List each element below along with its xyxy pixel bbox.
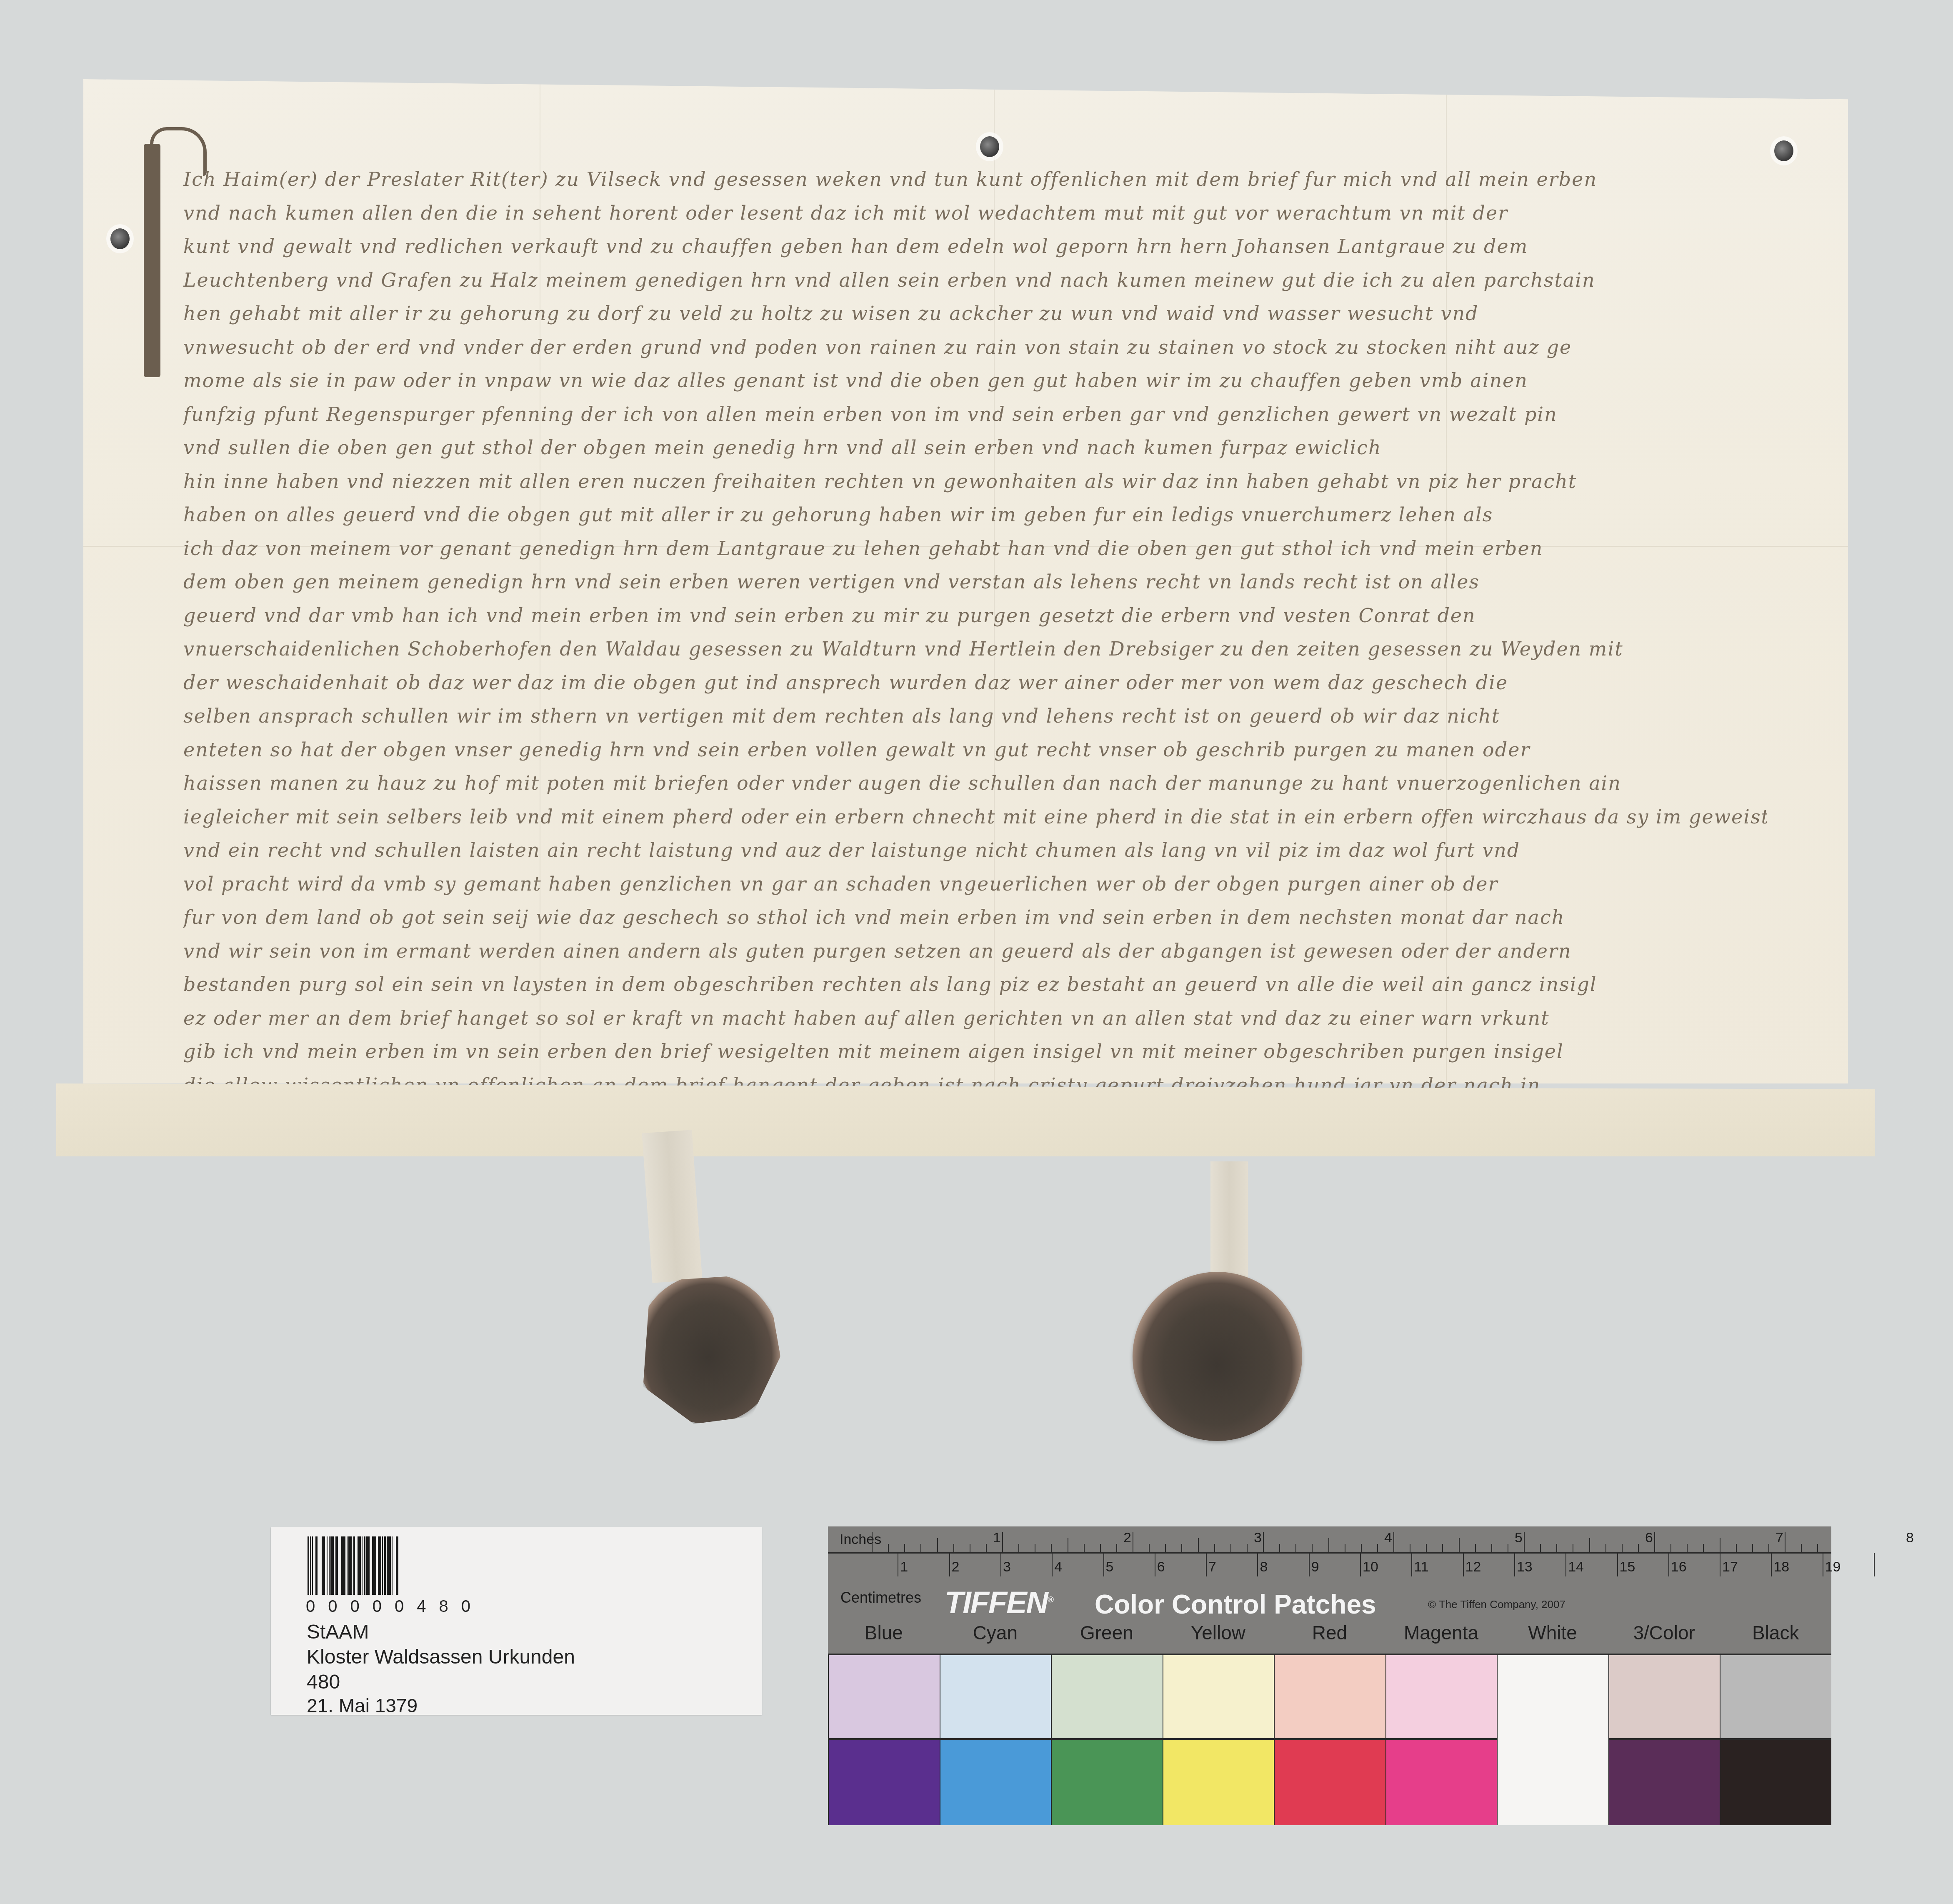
inch-tick: [1263, 1532, 1264, 1552]
cm-tick-label: 17: [1722, 1559, 1738, 1575]
inch-tick: [1181, 1544, 1182, 1552]
inch-tick: [1002, 1532, 1003, 1552]
charter-text: Ich Haim(er) der Preslater Rit(ter) zu V…: [183, 163, 1767, 1136]
patch-light-blue: [828, 1654, 940, 1738]
inch-tick: [1051, 1544, 1052, 1552]
seal-2: [1133, 1272, 1302, 1441]
inch-tick: [888, 1544, 889, 1552]
cm-tick: [1514, 1553, 1515, 1576]
barcode-bar: [387, 1536, 391, 1595]
inch-tick: [1116, 1544, 1117, 1552]
inch-tick: [1589, 1538, 1590, 1552]
patch-label: Magenta: [1385, 1621, 1497, 1644]
inch-tick: [1508, 1544, 1508, 1552]
cm-tick-label: 12: [1465, 1559, 1481, 1575]
inch-tick: [1768, 1544, 1769, 1552]
inch-tick: [1198, 1538, 1199, 1552]
inch-tick: [1393, 1532, 1394, 1552]
chart-copyright: © The Tiffen Company, 2007: [1428, 1598, 1565, 1611]
charter-text-line: dem oben gen meinem genedign hrn vnd sei…: [183, 565, 1767, 599]
inch-tick: [904, 1544, 905, 1552]
cm-tick: [1052, 1553, 1053, 1576]
charter-text-line: hin inne haben vnd niezzen mit allen ere…: [183, 465, 1767, 498]
inch-tick: [1540, 1544, 1541, 1552]
charter-text-line: vnuerschaidenlichen Schoberhofen den Wal…: [183, 632, 1767, 666]
patch-label: 3/Color: [1608, 1621, 1720, 1644]
label-date: 21. Mai 1379: [307, 1696, 418, 1715]
patch-dark-yellow: [1163, 1738, 1274, 1825]
cm-tick-label: 16: [1671, 1559, 1687, 1575]
cm-tick: [1874, 1553, 1875, 1576]
charter-text-line: vnwesucht ob der erd vnd vnder der erden…: [183, 330, 1767, 364]
inch-tick: [1622, 1544, 1623, 1552]
registered-mark: ®: [1048, 1595, 1053, 1604]
cm-tick: [1823, 1553, 1823, 1576]
inch-tick: [1361, 1544, 1362, 1552]
charter-text-line: haben on alles geuerd vnd die obgen gut …: [183, 498, 1767, 532]
label-institution: StAAM: [307, 1622, 369, 1642]
inch-tick: [1279, 1544, 1280, 1552]
cm-tick-label: 19: [1825, 1559, 1841, 1575]
charter-text-line: vnd sullen die oben gen gut sthol der ob…: [183, 431, 1767, 465]
barcode-bar: [366, 1536, 370, 1595]
inch-tick: [1524, 1532, 1525, 1552]
charter-text-line: vol pracht wird da vmb sy gemant haben g…: [183, 867, 1767, 901]
cm-tick: [1771, 1553, 1772, 1576]
seal-strap: [642, 1130, 703, 1283]
charter-text-line: gib ich vnd mein erben im vn sein erben …: [183, 1035, 1767, 1068]
patch-dark-black: [1720, 1738, 1831, 1825]
chart-title: Color Control Patches: [1095, 1589, 1376, 1620]
charter-text-line: Ich Haim(er) der Preslater Rit(ter) zu V…: [183, 163, 1767, 196]
patch-light-green: [1051, 1654, 1163, 1738]
barcode-bar: [358, 1536, 361, 1595]
brand-name: TIFFEN: [945, 1585, 1048, 1620]
charter-text-line: Leuchtenberg vnd Grafen zu Halz meinem g…: [183, 263, 1767, 297]
cm-tick-label: 13: [1517, 1559, 1533, 1575]
barcode-bar: [338, 1536, 341, 1595]
charter-text-line: hen gehabt mit aller ir zu gehorung zu d…: [183, 297, 1767, 330]
cm-tick-label: 11: [1414, 1559, 1428, 1575]
charter-text-line: iegleicher mit sein selbers leib vnd mit…: [183, 800, 1767, 834]
patch-dark-red: [1274, 1738, 1385, 1825]
inch-tick: [1556, 1544, 1557, 1552]
inch-tick: [1654, 1532, 1655, 1552]
inch-tick-label: 8: [1906, 1530, 1914, 1546]
patch-labels: BlueCyanGreenYellowRedMagentaWhite3/Colo…: [828, 1621, 1831, 1651]
inch-tick: [1491, 1544, 1492, 1552]
color-control-chart: Inches 123456781234567891011121314151617…: [828, 1526, 1831, 1825]
ruler: Inches 123456781234567891011121314151617…: [828, 1526, 1831, 1576]
inch-tick: [1214, 1544, 1215, 1552]
barcode: [308, 1536, 503, 1595]
inch-tick: [1605, 1544, 1606, 1552]
inches-label: Inches: [840, 1531, 881, 1548]
cm-tick: [1206, 1553, 1207, 1576]
patch-label: White: [1497, 1621, 1608, 1644]
seal-1: [636, 1274, 780, 1424]
cm-tick: [1000, 1553, 1001, 1576]
patch-dark-green: [1051, 1738, 1163, 1825]
inch-tick: [1801, 1544, 1802, 1552]
patch-dark-magenta: [1385, 1738, 1497, 1825]
inch-tick: [1573, 1544, 1573, 1552]
inch-tick: [986, 1544, 987, 1552]
mounting-pin-icon: [110, 228, 130, 249]
cm-tick: [1617, 1553, 1618, 1576]
cm-tick: [1257, 1553, 1258, 1576]
patch-label: Black: [1720, 1621, 1831, 1644]
cm-tick: [1565, 1553, 1566, 1576]
barcode-bar: [378, 1536, 381, 1595]
inch-tick-label: 2: [1123, 1530, 1131, 1546]
charter-text-line: bestanden purg sol ein sein vn laysten i…: [183, 968, 1767, 1001]
tiffen-logo: TIFFEN®: [945, 1585, 1053, 1620]
cm-tick: [1668, 1553, 1669, 1576]
inch-tick: [1785, 1532, 1785, 1552]
cm-tick: [1309, 1553, 1310, 1576]
archive-label: 00000480 StAAM Kloster Waldsassen Urkund…: [271, 1527, 762, 1715]
cm-tick: [898, 1553, 898, 1576]
inch-tick-label: 3: [1254, 1530, 1262, 1546]
charter-text-line: vnd nach kumen allen den die in sehent h…: [183, 196, 1767, 230]
inch-tick: [1068, 1538, 1068, 1552]
barcode-bar: [372, 1536, 376, 1595]
patch-light-cyan: [940, 1654, 1051, 1738]
patch-label: Cyan: [940, 1621, 1051, 1644]
inch-tick: [872, 1532, 873, 1552]
cm-tick-label: 10: [1363, 1559, 1378, 1575]
patch-light-3-color: [1608, 1654, 1720, 1738]
patch-light-red: [1274, 1654, 1385, 1738]
inch-tick: [1670, 1544, 1671, 1552]
inch-tick: [1817, 1544, 1818, 1552]
cm-tick: [1720, 1553, 1720, 1576]
inch-tick: [1475, 1544, 1476, 1552]
inch-tick: [1230, 1544, 1231, 1552]
inch-tick: [1345, 1544, 1345, 1552]
inch-tick: [1752, 1544, 1753, 1552]
ruler-divider: [828, 1552, 1831, 1554]
barcode-bar: [322, 1536, 325, 1595]
mounting-pin-icon: [980, 136, 999, 157]
cm-tick: [1155, 1553, 1155, 1576]
inch-tick: [1018, 1544, 1019, 1552]
charter-text-line: ez oder mer an dem brief hanget so sol e…: [183, 1001, 1767, 1035]
patch-dark-blue: [828, 1738, 940, 1825]
inch-tick-label: 7: [1775, 1530, 1783, 1546]
inch-tick: [1100, 1544, 1101, 1552]
barcode-bar: [341, 1536, 345, 1595]
seal-strap: [1210, 1161, 1248, 1282]
cm-tick-label: 15: [1620, 1559, 1635, 1575]
charter-text-line: mome als sie in paw oder in vnpaw vn wie…: [183, 364, 1767, 398]
patch-light-white: [1497, 1654, 1608, 1825]
charter-text-line: vnd wir sein von im ermant werden ainen …: [183, 934, 1767, 968]
inch-tick: [1736, 1544, 1737, 1552]
inch-tick: [1426, 1544, 1427, 1552]
inch-tick: [1687, 1544, 1688, 1552]
patch-light-black: [1720, 1654, 1831, 1738]
cm-tick: [1103, 1553, 1104, 1576]
patch-label: Red: [1274, 1621, 1385, 1644]
inch-tick: [1720, 1538, 1720, 1552]
inch-tick: [1133, 1532, 1133, 1552]
charter-text-line: enteten so hat der obgen vnser genedig h…: [183, 733, 1767, 767]
cm-tick-label: 18: [1773, 1559, 1789, 1575]
cm-tick: [1360, 1553, 1361, 1576]
patch-label: Blue: [828, 1621, 940, 1644]
inch-tick-label: 1: [993, 1530, 1001, 1546]
inch-tick: [1084, 1544, 1085, 1552]
inch-tick: [1149, 1544, 1150, 1552]
inch-tick: [1247, 1544, 1248, 1552]
inch-tick: [1459, 1538, 1460, 1552]
label-number: 480: [307, 1672, 340, 1692]
charter-text-line: der weschaidenhait ob daz wer daz im die…: [183, 666, 1767, 700]
cm-tick-label: 6: [1157, 1559, 1165, 1575]
charter-text-line: selben ansprach schullen wir im sthern v…: [183, 699, 1767, 733]
cm-tick-label: 5: [1106, 1559, 1114, 1575]
plica-fold: [56, 1083, 1875, 1156]
cm-tick-label: 14: [1568, 1559, 1584, 1575]
patch-label: Yellow: [1163, 1621, 1274, 1644]
barcode-digits: 00000480: [306, 1597, 483, 1616]
inch-tick: [1165, 1544, 1166, 1552]
patch-dark-cyan: [940, 1738, 1051, 1825]
barcode-bar: [348, 1536, 352, 1595]
charter-text-line: ich daz von meinem vor genant genedign h…: [183, 532, 1767, 565]
charter-text-line: kunt vnd gewalt vnd redlichen verkauft v…: [183, 230, 1767, 263]
barcode-bar: [330, 1536, 334, 1595]
cm-tick-label: 7: [1208, 1559, 1216, 1575]
inch-tick-label: 5: [1515, 1530, 1523, 1546]
cm-tick: [1463, 1553, 1464, 1576]
inch-tick: [953, 1544, 954, 1552]
inch-tick: [970, 1544, 970, 1552]
inch-tick: [1328, 1538, 1329, 1552]
barcode-bar: [396, 1536, 398, 1595]
cm-tick: [949, 1553, 950, 1576]
charter-text-line: geuerd vnd dar vmb han ich vnd mein erbe…: [183, 599, 1767, 633]
inch-tick: [1035, 1544, 1035, 1552]
centimetres-label: Centimetres: [840, 1589, 921, 1606]
inch-tick: [1377, 1544, 1378, 1552]
patch-label: Green: [1051, 1621, 1163, 1644]
charter-text-line: vnd ein recht vnd schullen laisten ain r…: [183, 833, 1767, 867]
initial-letter-I: [144, 144, 160, 377]
inch-tick: [1442, 1544, 1443, 1552]
cm-tick-label: 1: [900, 1559, 908, 1575]
cm-tick: [1411, 1553, 1412, 1576]
inch-tick-label: 6: [1645, 1530, 1653, 1546]
barcode-bar: [318, 1536, 322, 1595]
patch-light-magenta: [1385, 1654, 1497, 1738]
patch-dark-3-color: [1608, 1738, 1720, 1825]
inch-tick: [1638, 1544, 1639, 1552]
charter-text-line: haissen manen zu hauz zu hof mit poten m…: [183, 766, 1767, 800]
inch-tick: [1295, 1544, 1296, 1552]
inch-tick: [1312, 1544, 1313, 1552]
mounting-pin-icon: [1774, 140, 1793, 161]
cm-tick-label: 4: [1054, 1559, 1062, 1575]
charter-text-line: fur von dem land ob got sein seij wie da…: [183, 901, 1767, 934]
label-collection: Kloster Waldsassen Urkunden: [307, 1647, 575, 1667]
charter-text-line: funfzig pfunt Regenspurger pfenning der …: [183, 398, 1767, 431]
patch-light-yellow: [1163, 1654, 1274, 1738]
inch-tick: [920, 1544, 921, 1552]
cm-tick-label: 9: [1311, 1559, 1319, 1575]
cm-tick-label: 8: [1260, 1559, 1268, 1575]
inch-tick-label: 4: [1384, 1530, 1392, 1546]
barcode-bar: [393, 1536, 396, 1595]
inch-tick: [1410, 1544, 1410, 1552]
inch-tick: [1703, 1544, 1704, 1552]
inch-tick: [937, 1538, 938, 1552]
cm-tick-label: 3: [1003, 1559, 1011, 1575]
cm-tick-label: 2: [952, 1559, 960, 1575]
